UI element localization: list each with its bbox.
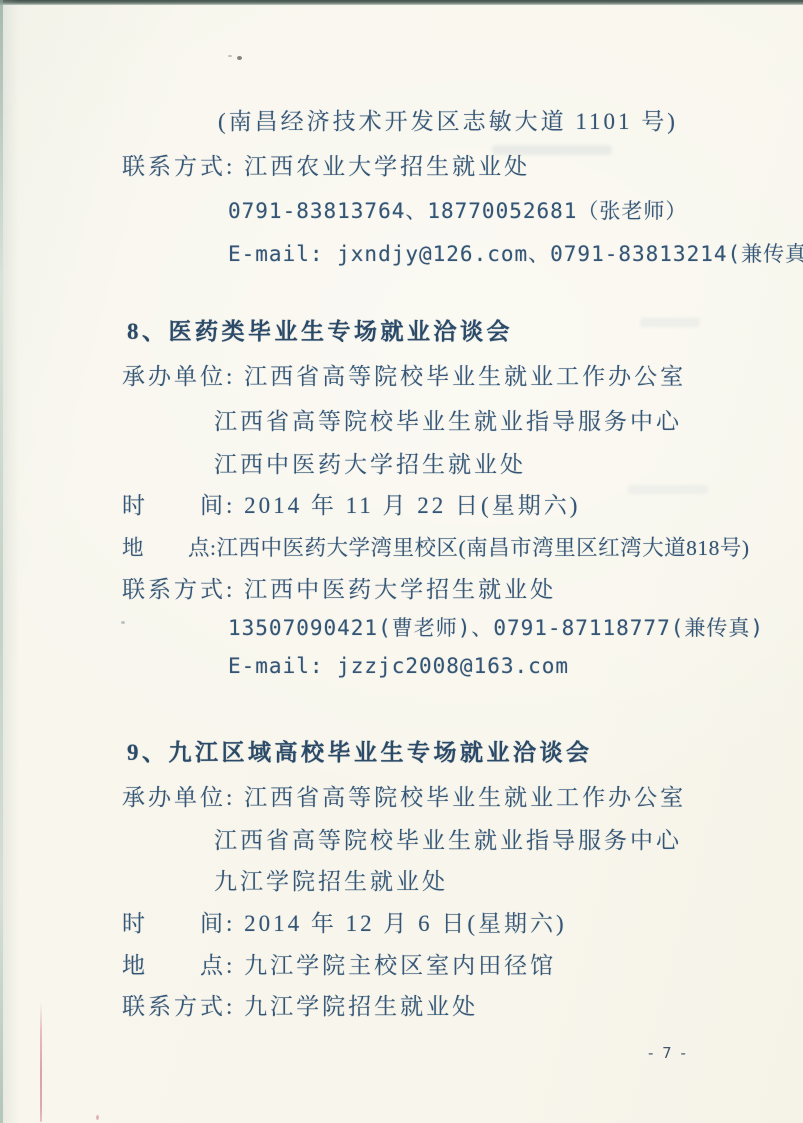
ink-speck: [96, 1115, 99, 1120]
event-8-place-line: 地 点:江西中医药大学湾里校区(南昌市湾里区红湾大道818号): [122, 531, 750, 562]
email-line: E-mail: jxndjy@126.com、0791-83813214(兼传真…: [228, 238, 803, 268]
event-9-time-line: 时 间: 2014 年 12 月 6 日(星期六): [122, 905, 567, 938]
event-8-time-line: 时 间: 2014 年 11 月 22 日(星期六): [122, 487, 580, 520]
event-8-organizer-line-2: 江西省高等院校毕业生就业指导服务中心: [214, 403, 682, 436]
scan-top-edge: [0, 0, 803, 5]
ink-speck: [228, 55, 232, 57]
event-9-organizer-line-1: 承办单位: 江西省高等院校毕业生就业工作办公室: [122, 779, 686, 812]
event-9-organizer-line-3: 九江学院招生就业处: [214, 863, 448, 896]
bleed-through-ghost: [628, 485, 708, 494]
ink-speck: [237, 56, 242, 60]
event-9-place-line: 地 点: 九江学院主校区室内田径馆: [122, 947, 556, 980]
event-8-phone-line: 13507090421(曹老师)、0791-87118777(兼传真): [228, 612, 764, 642]
scan-left-shadow: [3, 0, 19, 1123]
scanned-document-page: (南昌经济技术开发区志敏大道 1101 号) 联系方式: 江西农业大学招生就业处…: [0, 0, 803, 1123]
ink-speck: [121, 621, 125, 624]
bleed-through-ghost: [640, 318, 700, 327]
event-8-organizer-line-3: 江西中医药大学招生就业处: [214, 446, 526, 479]
page-number: - 7 -: [648, 1044, 688, 1062]
phone-line: 0791-83813764、18770052681（张老师）: [228, 195, 687, 225]
event-8-contact-line: 联系方式: 江西中医药大学招生就业处: [122, 571, 556, 604]
contact-method-line: 联系方式: 江西农业大学招生就业处: [122, 148, 530, 181]
event-9-title: 9、九江区域高校毕业生专场就业洽谈会: [127, 734, 593, 767]
event-8-organizer-line-1: 承办单位: 江西省高等院校毕业生就业工作办公室: [122, 358, 686, 391]
red-line-artifact: [40, 1002, 42, 1122]
event-9-contact-line: 联系方式: 九江学院招生就业处: [122, 988, 478, 1021]
event-8-title: 8、医药类毕业生专场就业洽谈会: [127, 313, 513, 346]
address-line: (南昌经济技术开发区志敏大道 1101 号): [218, 103, 678, 136]
event-9-organizer-line-2: 江西省高等院校毕业生就业指导服务中心: [214, 822, 682, 855]
event-8-email-line: E-mail: jzzjc2008@163.com: [228, 654, 569, 678]
